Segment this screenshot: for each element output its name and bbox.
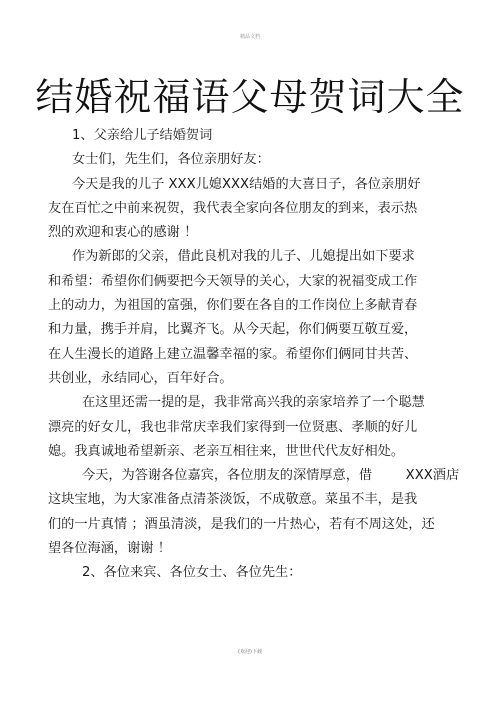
page-footer: (欢迎)下载 bbox=[0, 648, 500, 655]
paragraph-line: 上的动力，为祖国的富强，你们要在各自的工作岗位上多献青春 bbox=[48, 294, 428, 318]
paragraph-line: 这块宝地，为大家准备点清茶淡饭，不成敬意。菜虽不丰，是我 bbox=[48, 488, 428, 512]
paragraph-line: 和希望：希望你们俩要把今天领导的关心，大家的祝福变成工作 bbox=[48, 270, 428, 294]
paragraph-line: 友在百忙之中前来祝贺，我代表全家向各位朋友的到来，表示热 bbox=[48, 197, 428, 221]
paragraph-line: 漂亮的好女儿，我也非常庆幸我们家得到一位贤惠、孝顺的好儿 bbox=[48, 416, 428, 440]
salutation: 女士们，先生们，各位亲朋好友： bbox=[48, 148, 428, 172]
paragraph-line: 烈的欢迎和衷心的感谢 ！ bbox=[48, 221, 428, 245]
paragraph-line: 今天是我的儿子 XXX儿媳XXX结婚的大喜日子，各位亲朋好 bbox=[48, 173, 428, 197]
section-heading: 2、各位来宾、各位女士、各位先生： bbox=[48, 561, 428, 585]
paragraph-line: 媳。我真诚地希望新亲、老亲互相往来，世世代代友好相处。 bbox=[48, 440, 428, 464]
paragraph-line: 共创业，永结同心，百年好合。 bbox=[48, 367, 428, 391]
paragraph-line: 望各位海涵，谢谢 ！ bbox=[48, 537, 428, 561]
page-header: 精品文档 bbox=[0, 33, 500, 40]
paragraph-line: 在人生漫长的道路上建立温馨幸福的家。希望你们俩同甘共苦、 bbox=[48, 343, 428, 367]
paragraph-line: 们的一片真情 ；酒虽清淡，是我们的一片热心，若有不周这处，还 bbox=[48, 513, 428, 537]
paragraph-line: 作为新郎的父亲，借此良机对我的儿子、儿媳提出如下要求 bbox=[48, 245, 428, 269]
document-title: 结婚祝福语父母贺词大全 bbox=[0, 66, 500, 121]
document-body: 1、父亲给儿子结婚贺词 女士们，先生们，各位亲朋好友： 今天是我的儿子 XXX儿… bbox=[48, 124, 428, 586]
section-heading: 1、父亲给儿子结婚贺词 bbox=[48, 124, 428, 148]
paragraph-line: 在这里还需一提的是，我非常高兴我的亲家培养了一个聪慧 bbox=[48, 391, 428, 415]
paragraph-line: 今天，为答谢各位嘉宾，各位朋友的深情厚意，借 XXX酒店 bbox=[48, 464, 428, 488]
paragraph-line: 和力量，携手并肩，比翼齐飞。从今天起，你们俩要互敬互爱， bbox=[48, 318, 428, 342]
